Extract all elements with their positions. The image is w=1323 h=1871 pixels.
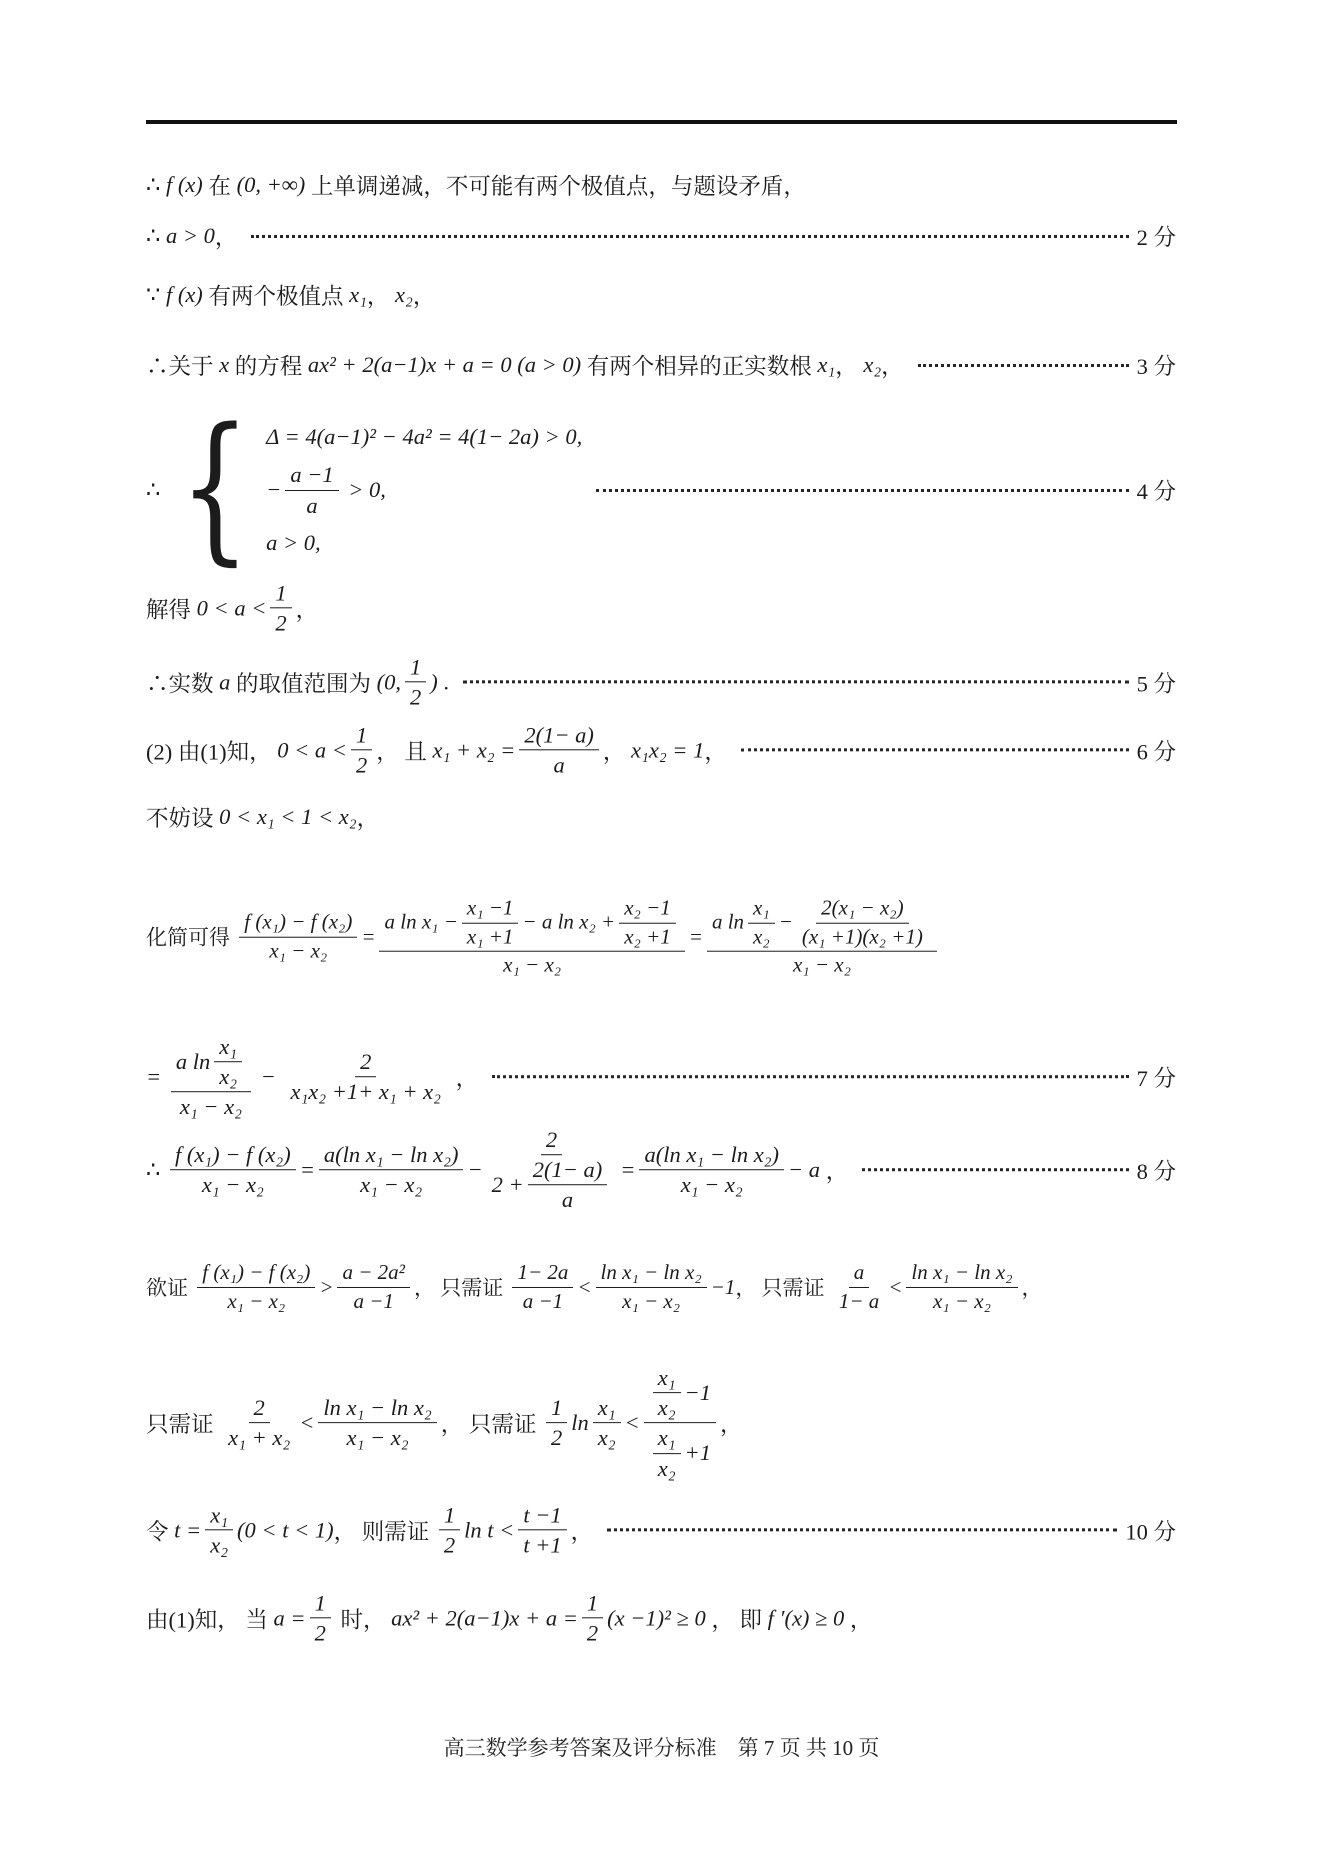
cjk-text: (2) 由(1)知， — [146, 734, 277, 766]
fraction: a −1a — [285, 462, 338, 517]
therefore-symbol: ∴关于 — [146, 349, 219, 381]
score-badge: 10 分 — [1125, 1514, 1176, 1546]
fraction: x₁x₂ — [748, 897, 775, 949]
fraction-denominator: x₁ − x₂ — [222, 1288, 290, 1314]
fraction-numerator: a ln x₁x₂ − 2(x₁ − x₂)(x₁ +1)(x₂ +1) — [707, 897, 937, 952]
fraction: x₁x₂ — [593, 1395, 621, 1450]
equals-sign: = — [300, 1157, 315, 1183]
cjk-text: 令 — [146, 1514, 174, 1546]
cjk-text: ， 且 — [376, 734, 432, 766]
proof-line-10: 化简可得 f (x₁) − f (x₂)x₁ − x₂ = a ln x₁ − … — [146, 897, 1176, 978]
dot-leader — [463, 681, 1129, 684]
dot-leader — [741, 749, 1129, 752]
fraction-numerator: f (x₁) − f (x₂) — [197, 1261, 315, 1288]
fraction-numerator: 2 — [249, 1395, 270, 1423]
equals-sign: = — [146, 1064, 167, 1090]
proof-line-15: 令 t = x₁x₂ (0 < t < 1)， 则需证 12 ln t < t … — [146, 1502, 1176, 1557]
proof-line-7: ∴实数 a 的取值范围为 (0, 12 ) . 5 分 — [146, 654, 1176, 709]
math-text: f (x) — [166, 282, 203, 308]
cjk-text: 时， — [335, 1602, 391, 1634]
math-text: > 0, — [343, 477, 386, 503]
proof-line-1: ∴ f (x) 在 (0, +∞) 上单调递减，不可能有两个极值点，与题设矛盾， — [146, 169, 1176, 201]
score-badge: 6 分 — [1137, 734, 1176, 766]
fraction-numerator: x₁ — [205, 1502, 233, 1530]
math-text: x₁ — [349, 282, 367, 308]
fraction-numerator: f (x₁) − f (x₂) — [170, 1142, 296, 1170]
fraction-denominator: x₁ − x₂ — [197, 1171, 269, 1198]
fraction-denominator: x₁ − x₂ — [498, 952, 566, 978]
fraction-denominator: (x₁ +1)(x₂ +1) — [797, 923, 928, 949]
fraction-numerator: x₁ — [214, 1034, 242, 1062]
score-badge: 7 分 — [1137, 1061, 1176, 1093]
proof-line-11: = a ln x₁x₂ x₁ − x₂ − 2x₁x₂ +1+ x₁ + x₂ … — [146, 1034, 1176, 1120]
fraction: a(ln x₁ − ln x₂)x₁ − x₂ — [319, 1142, 464, 1197]
fraction: 12 — [439, 1502, 460, 1557]
fraction-numerator: t −1 — [518, 1502, 566, 1530]
fraction-denominator: x₁ + x₂ — [223, 1424, 295, 1451]
fraction-numerator: f (x₁) − f (x₂) — [239, 911, 357, 938]
math-text: a — [219, 669, 230, 695]
big-fraction: x₁x₂ −1 x₁x₂ +1 — [644, 1365, 716, 1481]
big-fraction: 2 2 + 2(1− a)a — [487, 1127, 617, 1213]
fraction-numerator: a(ln x₁ − ln x₂) — [319, 1142, 464, 1170]
fraction-numerator: 2(1− a) — [528, 1157, 608, 1185]
fraction-numerator: a — [849, 1261, 870, 1288]
dot-leader — [596, 489, 1128, 492]
greater-than-sign: > — [319, 1275, 333, 1300]
fraction-denominator: a −1 — [349, 1288, 399, 1314]
fraction-denominator: x₁ − x₂ — [175, 1093, 247, 1120]
fraction-denominator: x₂ — [748, 923, 775, 949]
cjk-text: ， — [357, 801, 380, 833]
cjk-text: ， — [820, 1154, 848, 1186]
fraction-numerator: 2(1− a) — [519, 722, 599, 750]
cjk-text: ， — [450, 1061, 478, 1093]
math-text: t = — [174, 1517, 201, 1543]
math-text: +1 — [685, 1441, 711, 1466]
math-text: a ln — [712, 911, 744, 935]
proof-line-2: ∴ a > 0， 2 分 — [146, 220, 1176, 252]
fraction-denominator: x₁ +1 — [462, 923, 519, 949]
fraction: f (x₁) − f (x₂)x₁ − x₂ — [239, 911, 357, 963]
math-text: a > 0 — [166, 223, 215, 249]
math-text: ln — [571, 1410, 589, 1436]
cjk-text: 化简可得 — [146, 922, 235, 952]
big-fraction: a ln x₁ − x₁ −1x₁ +1 − a ln x₂ + x₂ −1x₂… — [379, 897, 684, 978]
cjk-text: 有两个相异的正实数根 — [581, 349, 817, 381]
fraction-numerator: x₁x₂ −1 — [644, 1365, 716, 1423]
math-text: 0 < x₁ < 1 < x₂ — [219, 804, 356, 830]
score-badge: 4 分 — [1137, 474, 1176, 506]
fraction: 2x₁ + x₂ — [223, 1395, 295, 1450]
fraction-denominator: a −1 — [518, 1288, 568, 1314]
fraction: ln x₁ − ln x₂x₁ − x₂ — [596, 1261, 707, 1313]
fraction: ln x₁ − ln x₂x₁ − x₂ — [906, 1261, 1017, 1313]
cjk-text: ， 即 — [706, 1602, 768, 1634]
cjk-text: ， — [844, 1602, 872, 1634]
fraction-denominator: 2 — [546, 1424, 567, 1451]
fraction: 12 — [351, 722, 372, 777]
cjk-text: 上单调递减，不可能有两个极值点，与题设矛盾， — [305, 169, 806, 201]
cjk-text: ， 只需证 — [735, 1272, 830, 1302]
therefore-symbol: ∴ — [146, 477, 160, 503]
fraction: 2(1− a)a — [528, 1157, 608, 1212]
fraction-numerator: x₁ — [593, 1395, 621, 1423]
dot-leader — [251, 235, 1128, 238]
proof-line-14: 只需证 2x₁ + x₂ < ln x₁ − ln x₂x₁ − x₂ ， 只需… — [146, 1365, 1176, 1481]
fraction-denominator: x₂ — [653, 1393, 681, 1420]
fraction-numerator: 1 — [582, 1590, 603, 1618]
header-rule — [146, 120, 1177, 124]
math-text: f ′(x) ≥ 0 — [768, 1605, 845, 1631]
cjk-text: ， — [704, 734, 727, 766]
answer-sheet-page: ∴ f (x) 在 (0, +∞) 上单调递减，不可能有两个极值点，与题设矛盾，… — [0, 0, 1323, 1871]
cjk-text: ， — [835, 349, 863, 381]
fraction-denominator: x₁ − x₂ — [264, 937, 332, 963]
fraction-denominator: x₁ − x₂ — [676, 1171, 748, 1198]
cjk-text: 由(1)知， 当 — [146, 1602, 274, 1634]
math-text: ax² + 2(a−1)x + a = 0 (a > 0) — [308, 352, 581, 378]
fraction-numerator: a(ln x₁ − ln x₂) — [639, 1142, 784, 1170]
less-than-sign: < — [299, 1410, 314, 1436]
math-text: a = — [274, 1605, 306, 1631]
cjk-text: . — [438, 669, 449, 695]
math-text: (0, +∞) — [237, 172, 306, 198]
cjk-text: ， — [296, 592, 319, 624]
fraction-denominator: 2 + 2(1− a)a — [487, 1155, 617, 1212]
fraction: x₁x₂ — [214, 1034, 242, 1089]
system-brace: { — [180, 407, 251, 567]
minus-sign: − — [255, 1064, 281, 1090]
fraction-denominator: a — [557, 1186, 578, 1213]
proof-line-8: (2) 由(1)知， 0 < a < 12 ， 且 x₁ + x₂ = 2(1−… — [146, 722, 1176, 777]
score-badge: 3 分 — [1137, 349, 1176, 381]
fraction: ln x₁ − ln x₂x₁ − x₂ — [318, 1395, 436, 1450]
cjk-text: 在 — [203, 169, 237, 201]
math-text: Δ = 4(a−1)² − 4a² = 4(1− 2a) > 0, — [266, 424, 582, 450]
minus-sign: − — [779, 911, 793, 935]
cjk-text: 解得 — [146, 592, 197, 624]
fraction-numerator: x₁ — [748, 897, 775, 924]
fraction: f (x₁) − f (x₂)x₁ − x₂ — [170, 1142, 296, 1197]
less-than-sign: < — [888, 1275, 902, 1300]
math-text: a ln — [176, 1049, 210, 1074]
equals-sign: = — [620, 1157, 635, 1183]
fraction: a − 2a²a −1 — [337, 1261, 409, 1313]
fraction: 12 — [270, 580, 291, 635]
math-text: −1 — [685, 1380, 711, 1405]
fraction: 2(1− a)a — [519, 722, 599, 777]
proof-line-12: ∴ f (x₁) − f (x₂)x₁ − x₂ = a(ln x₁ − ln … — [146, 1127, 1176, 1213]
cjk-text: ， — [720, 1407, 743, 1439]
fraction: 12 — [546, 1395, 567, 1450]
math-text: ln t < — [464, 1517, 514, 1543]
fraction-numerator: x₁ — [653, 1365, 681, 1393]
fraction-numerator: 2 — [355, 1049, 376, 1077]
equals-sign: = — [689, 924, 703, 949]
fraction: 12 — [310, 1590, 331, 1645]
big-fraction: a ln x₁x₂ x₁ − x₂ — [171, 1034, 251, 1120]
fraction-numerator: ln x₁ − ln x₂ — [906, 1261, 1017, 1288]
fraction: f (x₁) − f (x₂)x₁ − x₂ — [197, 1261, 315, 1313]
therefore-symbol: ∴ — [146, 1157, 166, 1183]
math-text: x₁x₂ = 1 — [631, 737, 704, 763]
cjk-text: ， — [413, 279, 436, 311]
math-text: x₁ + x₂ = — [433, 737, 516, 763]
cjk-text: ， — [571, 1514, 594, 1546]
fraction-denominator: 2 — [270, 609, 291, 636]
fraction-denominator: 2 — [582, 1619, 603, 1646]
fraction-numerator: a ln x₁ − x₁ −1x₁ +1 − a ln x₂ + x₂ −1x₂… — [379, 897, 684, 952]
less-than-sign: < — [625, 1410, 640, 1436]
fraction-denominator: x₁ − x₂ — [342, 1424, 414, 1451]
math-text: ax² + 2(a−1)x + a = — [391, 1605, 578, 1631]
fraction-numerator: x₁ −1 — [462, 897, 519, 924]
math-text: (x −1)² ≥ 0 — [607, 1605, 706, 1631]
math-text: f (x) — [166, 172, 203, 198]
fraction-numerator: 1 — [405, 654, 426, 682]
fraction-numerator: x₁ — [653, 1426, 681, 1454]
cjk-text: 有两个极值点 — [203, 279, 349, 311]
fraction: x₁x₂ — [653, 1365, 681, 1420]
math-text: (0, — [377, 669, 401, 695]
proof-line-3: ∵ f (x) 有两个极值点 x₁， x₂， — [146, 279, 1176, 311]
math-text: − a — [788, 1157, 820, 1183]
fraction-denominator: x₂ +1 — [619, 923, 676, 949]
fraction-numerator: ln x₁ − ln x₂ — [596, 1261, 707, 1288]
score-badge: 5 分 — [1137, 666, 1176, 698]
fraction: x₂ −1x₂ +1 — [619, 897, 676, 949]
cjk-text: ， — [215, 220, 238, 252]
dot-leader — [492, 1076, 1128, 1079]
system-rows: Δ = 4(a−1)² − 4a² = 4(1− 2a) > 0, − a −1… — [266, 424, 582, 555]
fraction-denominator: x₁ − x₂ — [355, 1171, 427, 1198]
page-footer: 高三数学参考答案及评分标准 第 7 页 共 10 页 — [0, 1732, 1323, 1762]
fraction-denominator: x₁ − x₂ — [788, 952, 856, 978]
math-text: 0 < a < — [197, 595, 267, 621]
fraction: x₁x₂ — [653, 1426, 681, 1481]
fraction-denominator: 2 — [310, 1619, 331, 1646]
fraction: 1− 2aa −1 — [512, 1261, 573, 1313]
fraction-denominator: t +1 — [518, 1531, 566, 1558]
proof-line-6: 解得 0 < a < 12 ， — [146, 580, 1176, 635]
fraction-denominator: x₂ — [214, 1062, 242, 1089]
fraction-denominator: x₂ — [205, 1531, 233, 1558]
fraction-denominator: x₁ − x₂ — [617, 1288, 685, 1314]
cjk-text: 欲证 — [146, 1272, 193, 1302]
cjk-text: 只需证 — [146, 1407, 219, 1439]
fraction: 2x₁x₂ +1+ x₁ + x₂ — [285, 1049, 446, 1104]
fraction: 12 — [405, 654, 426, 709]
cjk-text: ， — [1022, 1272, 1043, 1302]
cjk-text: ， 只需证 — [441, 1407, 542, 1439]
math-text: 2 + — [492, 1173, 524, 1198]
score-badge: 8 分 — [1137, 1154, 1176, 1186]
math-text: ) — [430, 669, 438, 695]
cjk-text: ， 则需证 — [334, 1514, 435, 1546]
fraction-numerator: 2(x₁ − x₂) — [816, 897, 908, 924]
cjk-text: 的方程 — [229, 349, 308, 381]
fraction-numerator: a ln x₁x₂ — [171, 1034, 251, 1092]
fraction-numerator: 1 — [351, 722, 372, 750]
cjk-text: 的取值范围为 — [230, 666, 376, 698]
fraction-denominator: 2 — [439, 1531, 460, 1558]
fraction-numerator: ln x₁ − ln x₂ — [318, 1395, 436, 1423]
math-text: a > 0, — [266, 530, 321, 556]
math-text: x₁ — [817, 352, 835, 378]
fraction-denominator: x₂ — [653, 1454, 681, 1481]
fraction: 2(x₁ − x₂)(x₁ +1)(x₂ +1) — [797, 897, 928, 949]
fraction-numerator: 1 — [310, 1590, 331, 1618]
fraction-denominator: x₂ — [593, 1424, 621, 1451]
equals-sign: = — [361, 924, 375, 949]
fraction: x₁ −1x₁ +1 — [462, 897, 519, 949]
proof-line-16: 由(1)知， 当 a = 12 时， ax² + 2(a−1)x + a = 1… — [146, 1590, 1176, 1645]
fraction-numerator: 1 — [439, 1502, 460, 1530]
fraction: a1− a — [834, 1261, 884, 1313]
proof-line-13: 欲证 f (x₁) − f (x₂)x₁ − x₂ > a − 2a²a −1 … — [146, 1261, 1176, 1313]
less-than-sign: < — [577, 1275, 591, 1300]
fraction: a(ln x₁ − ln x₂)x₁ − x₂ — [639, 1142, 784, 1197]
math-text: (0 < t < 1) — [237, 1517, 334, 1543]
fraction: t −1t +1 — [518, 1502, 566, 1557]
fraction-denominator: 2 — [351, 751, 372, 778]
fraction-denominator: 2 — [405, 683, 426, 710]
fraction: 12 — [582, 1590, 603, 1645]
cjk-text: ， — [881, 349, 904, 381]
score-badge: 2 分 — [1137, 220, 1176, 252]
fraction-denominator: x₁x₂ +1 — [644, 1424, 716, 1481]
proof-line-5-system: ∴ { Δ = 4(a−1)² − 4a² = 4(1− 2a) > 0, − … — [146, 413, 1176, 567]
fraction-denominator: x₁x₂ +1+ x₁ + x₂ — [285, 1078, 446, 1105]
minus-sign: − — [467, 1157, 482, 1183]
proof-line-4: ∴关于 x 的方程 ax² + 2(a−1)x + a = 0 (a > 0) … — [146, 349, 1176, 381]
fraction: x₁x₂ — [205, 1502, 233, 1557]
dot-leader — [918, 364, 1129, 367]
fraction-numerator: a −1 — [285, 462, 338, 490]
therefore-symbol: ∴ — [146, 172, 166, 198]
fraction-denominator: 1− a — [834, 1288, 884, 1314]
fraction-numerator: 1 — [546, 1395, 567, 1423]
cjk-text: ， — [603, 734, 631, 766]
because-symbol: ∵ — [146, 282, 166, 308]
math-text: x₂ — [395, 282, 413, 308]
math-text: 2 — [546, 1127, 557, 1152]
fraction-numerator: x₂ −1 — [619, 897, 676, 924]
therefore-symbol: ∴ — [146, 223, 166, 249]
math-text: x — [219, 352, 229, 378]
cjk-text: 不妨设 — [146, 801, 219, 833]
therefore-symbol: ∴实数 — [146, 666, 219, 698]
math-text: 0 < a < — [277, 737, 347, 763]
math-text: x₂ — [863, 352, 881, 378]
math-text: a ln x₁ − — [384, 911, 457, 935]
minus-sign: − — [266, 477, 281, 503]
fraction-numerator: 1− 2a — [512, 1261, 573, 1288]
math-text: −1 — [711, 1275, 736, 1300]
big-fraction: a ln x₁x₂ − 2(x₁ − x₂)(x₁ +1)(x₂ +1) x₁ … — [707, 897, 937, 978]
fraction-denominator: a — [549, 751, 570, 778]
fraction-numerator: 2 — [541, 1127, 562, 1155]
fraction-denominator: a — [301, 491, 322, 518]
fraction-numerator: a − 2a² — [337, 1261, 409, 1288]
proof-line-9: 不妨设 0 < x₁ < 1 < x₂， — [146, 801, 1176, 833]
math-text: − a ln x₂ + — [522, 911, 615, 935]
fraction-numerator: 1 — [270, 580, 291, 608]
cjk-text: ， 只需证 — [414, 1272, 509, 1302]
cjk-text: ， — [367, 279, 395, 311]
fraction-denominator: x₁ − x₂ — [928, 1288, 996, 1314]
dot-leader — [862, 1169, 1128, 1172]
dot-leader — [607, 1529, 1117, 1532]
